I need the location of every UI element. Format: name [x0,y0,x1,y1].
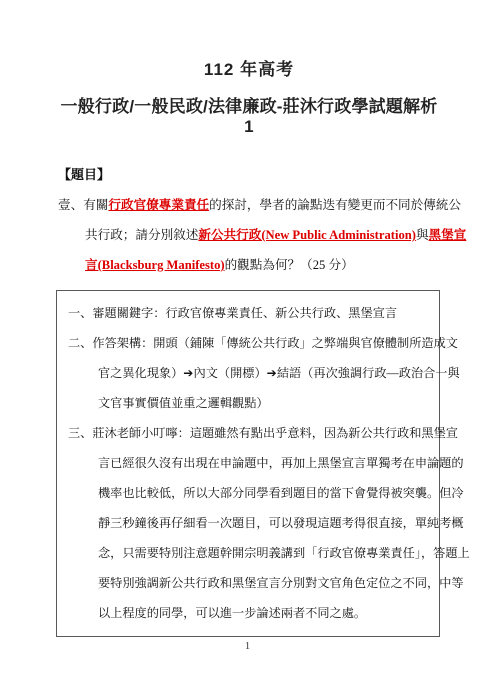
question-line: 壹、有關行政官僚專業責任的探討，學者的論點迭有變更而不同於傳統公 [58,190,440,220]
analysis-line: 以上程度的同學，可以進一步論述兩者不同之處。 [68,598,429,628]
question-line: 共行政；請分別敘述新公共行政(New Public Administration… [58,220,440,250]
question-text-run: 的探討，學者的論點迭有變更而不同於傳統公 [209,198,461,212]
highlighted-term: 行政官僚專業責任 [108,198,209,212]
page-subtitle: 一般行政/一般民政/法律廉政-莊沐行政學試題解析 1 [58,92,440,137]
question-text-run: 壹、有關 [58,198,108,212]
analysis-line: 要特別強調新公共行政和黑堡宣言分別對文官角色定位之不同，中等 [68,568,429,598]
page-number: 1 [0,640,495,652]
question-text-run: 共行政；請分別敘述 [85,228,198,242]
question-paragraph: 壹、有關行政官僚專業責任的探討，學者的論點迭有變更而不同於傳統公共行政；請分別敘… [58,190,440,280]
highlighted-term: 新公共行政(New Public Administration) [198,228,416,242]
document-page: 112 年高考 一般行政/一般民政/法律廉政-莊沐行政學試題解析 1 【題目】 … [0,0,495,700]
question-text-run: 與 [416,228,429,242]
analysis-box: 一、審題關鍵字：行政官僚專業責任、新公共行政、黑堡宣言二、作答架構：開頭（鋪陳「… [56,290,440,637]
analysis-line: 二、作答架構：開頭（鋪陳「傳統公共行政」之弊端與官僚體制所造成文 [68,328,429,358]
highlighted-term: 黑堡宣 [429,228,467,242]
analysis-line: 官之異化現象）➔內文（開標）➔結語（再次強調行政—政治合一與 [68,358,429,388]
question-line: 言(Blacksburg Manifesto)的觀點為何？（25 分） [58,250,440,280]
analysis-line: 言已經很久沒有出現在申論題中，再加上黑堡宣言單獨考在申論題的 [68,448,429,478]
question-section-label: 【題目】 [58,164,440,183]
analysis-line: 文官事實價值並重之邏輯觀點） [68,388,429,418]
page-title: 112 年高考 [58,55,440,80]
highlighted-term: 言(Blacksburg Manifesto) [85,258,225,272]
question-text-run: 的觀點為何？（25 分） [225,258,354,272]
analysis-line: 念，只需要特別注意題幹開宗明義講到「行政官僚專業責任」，答題上 [68,538,429,568]
analysis-line: 機率也比較低，所以大部分同學看到題目的當下會覺得被突襲。但冷 [68,478,429,508]
analysis-line: 三、莊沐老師小叮嚀：這題雖然有點出乎意料，因為新公共行政和黑堡宣 [68,418,429,448]
analysis-line: 一、審題關鍵字：行政官僚專業責任、新公共行政、黑堡宣言 [68,298,429,328]
analysis-line: 靜三秒鐘後再仔細看一次題目，可以發現這題考得很直接，單純考概 [68,508,429,538]
